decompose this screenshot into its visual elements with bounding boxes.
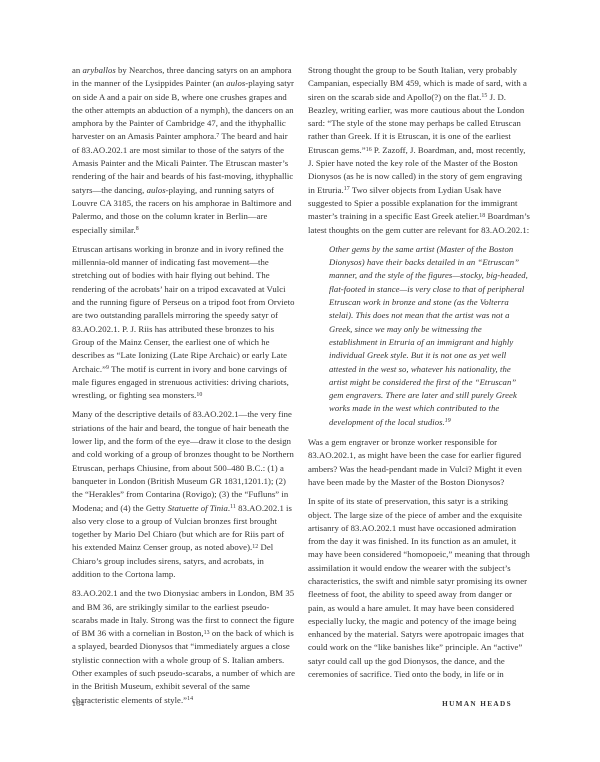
text-columns: an aryballos by Nearchos, three dancing … — [72, 64, 531, 713]
right-column: Strong thought the group to be South Ita… — [308, 64, 531, 713]
page: an aryballos by Nearchos, three dancing … — [0, 0, 600, 762]
block-quote: Other gems by the same artist (Master of… — [329, 243, 531, 429]
page-number: 164 — [72, 699, 84, 708]
paragraph: Many of the descriptive details of 83.AO… — [72, 408, 295, 581]
paragraph: Strong thought the group to be South Ita… — [308, 64, 531, 237]
paragraph: Etruscan artisans working in bronze and … — [72, 243, 295, 403]
page-footer: 164 HUMAN HEADS — [72, 699, 512, 708]
paragraph: an aryballos by Nearchos, three dancing … — [72, 64, 295, 237]
paragraph: Was a gem engraver or bronze worker resp… — [308, 436, 531, 489]
left-column: an aryballos by Nearchos, three dancing … — [72, 64, 295, 713]
paragraph: In spite of its state of preservation, t… — [308, 495, 531, 681]
running-head: HUMAN HEADS — [442, 700, 512, 708]
paragraph: 83.AO.202.1 and the two Dionysiac ambers… — [72, 587, 295, 707]
